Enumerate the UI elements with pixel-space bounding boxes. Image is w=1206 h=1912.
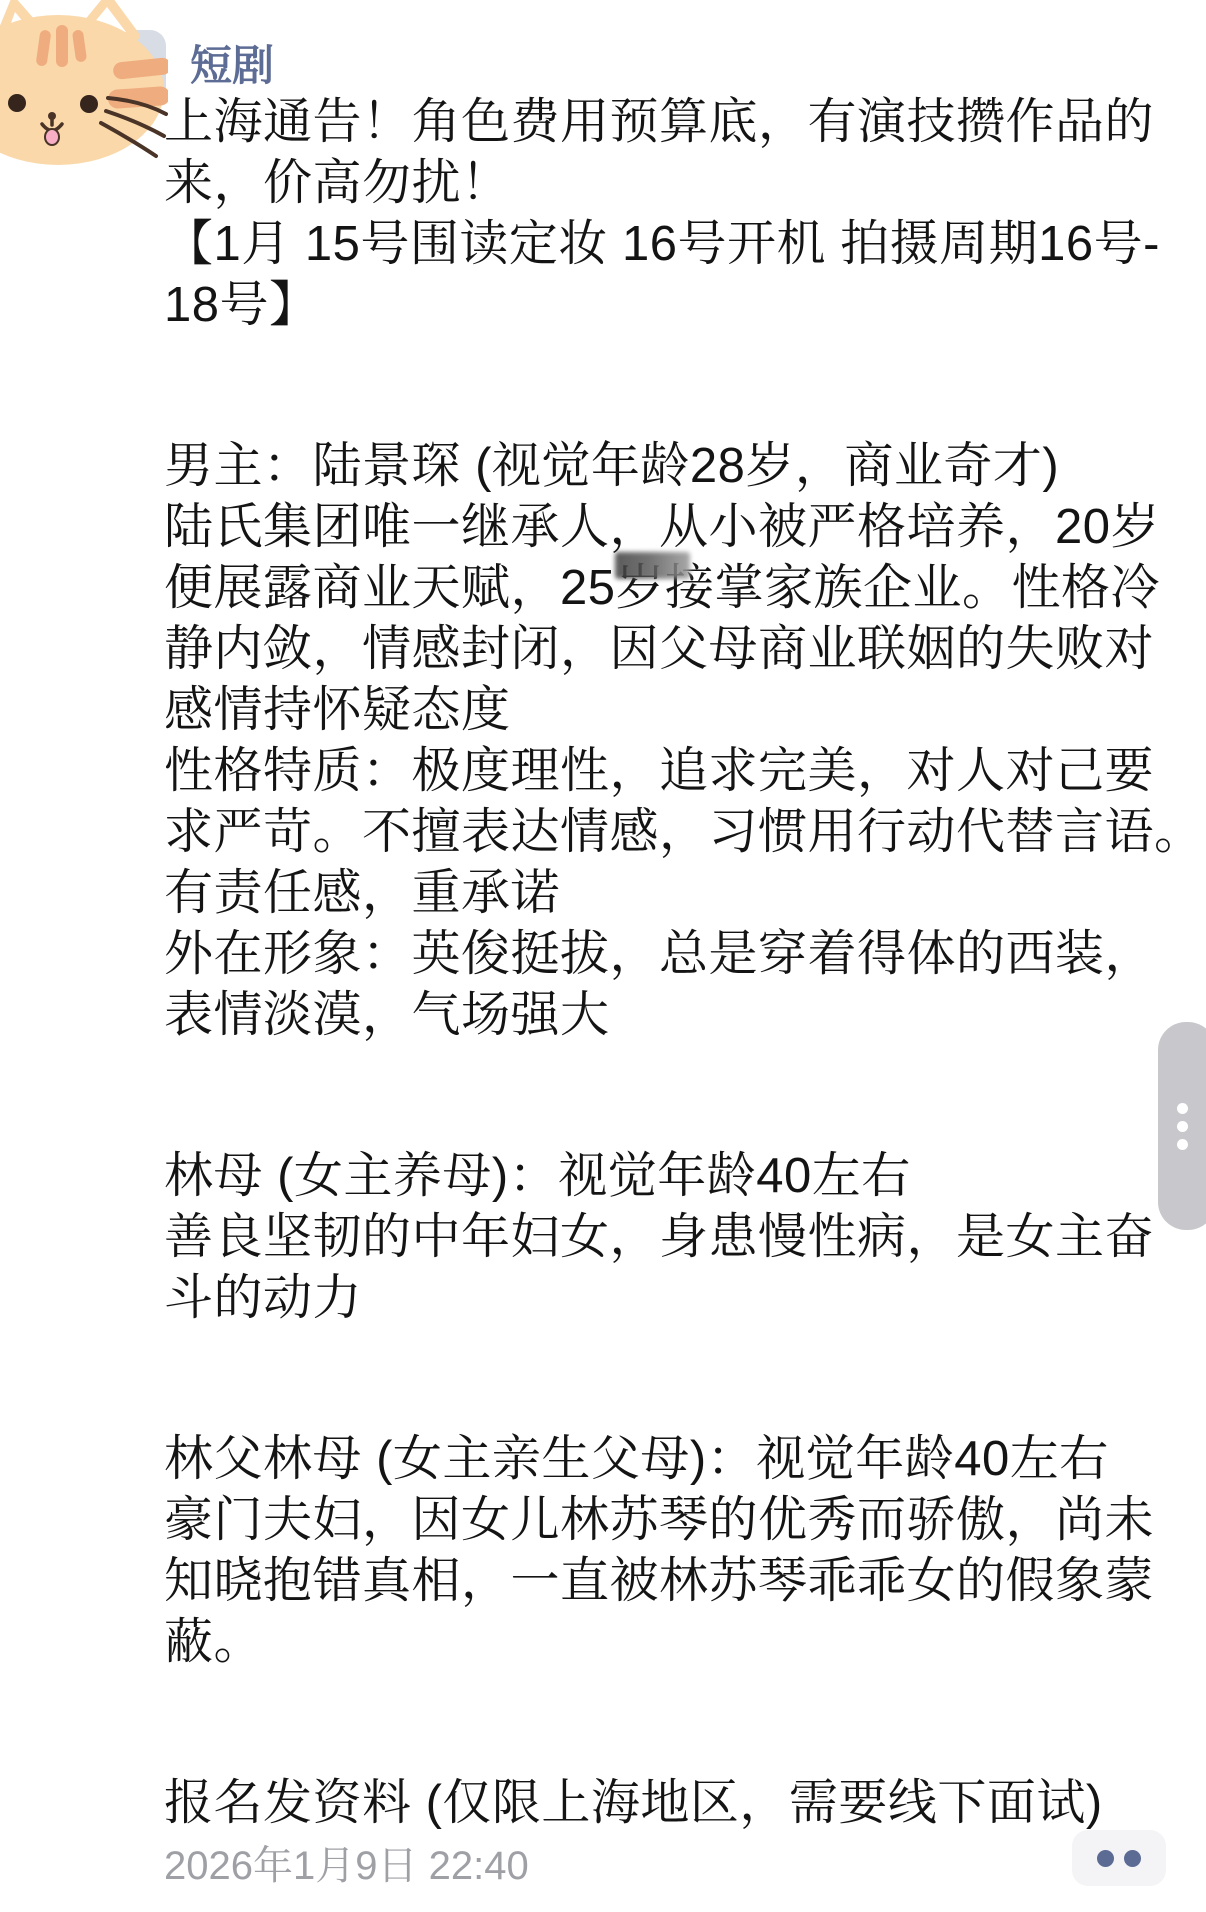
more-dot <box>1124 1850 1141 1867</box>
cat-eye-right <box>80 95 98 113</box>
handle-dot <box>1177 1139 1188 1150</box>
message-paragraph: 上海通告！角色费用预算底，有演技攒作品的 来，价高勿扰！ 【1月 15号围读定妆… <box>164 92 1204 336</box>
timestamp: 2026年1月9日 22:40 <box>164 1842 529 1890</box>
side-drag-handle[interactable] <box>1158 1022 1206 1230</box>
message-paragraph: 男主：陆景琛 (视觉年龄28岁，商业奇才) 陆氏集团唯一继承人，从小被严格培养，… <box>164 436 1204 1046</box>
message-paragraph: 林父林母 (女主亲生父母)：视觉年龄40左右 豪门夫妇，因女儿林苏琴的优秀而骄傲… <box>164 1429 1204 1673</box>
handle-dot <box>1177 1103 1188 1114</box>
avatar[interactable] <box>0 0 168 209</box>
message-text[interactable]: 上海通告！角色费用预算底，有演技攒作品的 来，价高勿扰！ 【1月 15号围读定妆… <box>164 92 1204 1834</box>
message-paragraph: 林母 (女主养母)：视觉年龄40左右 善良坚韧的中年妇女，身患慢性病，是女主奋 … <box>164 1146 1204 1329</box>
more-dot <box>1097 1850 1114 1867</box>
handle-dot <box>1177 1121 1188 1132</box>
message-paragraph: 报名发资料 (仅限上海地区，需要线下面试) <box>164 1773 1204 1834</box>
more-button[interactable] <box>1072 1830 1166 1886</box>
cat-eye-left <box>8 94 26 112</box>
sender-name[interactable]: 短剧 <box>190 42 274 90</box>
